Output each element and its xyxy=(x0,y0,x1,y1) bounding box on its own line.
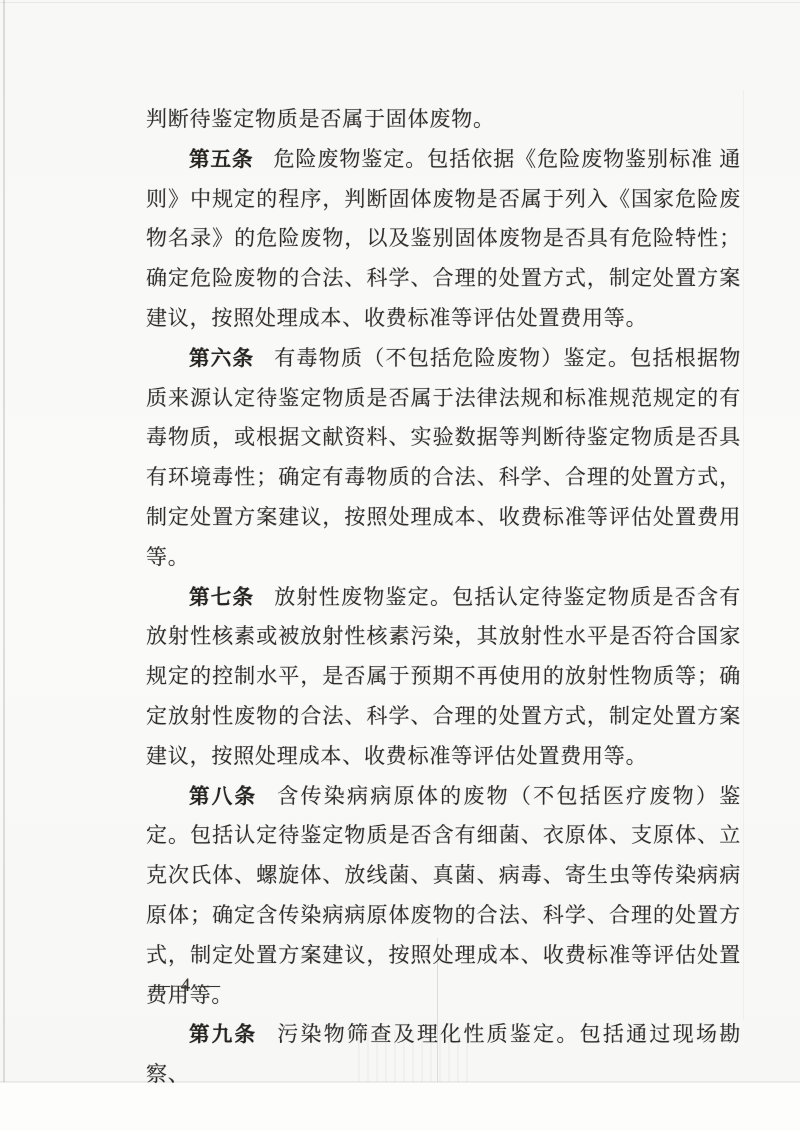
article-body-5: 危险废物鉴定。包括依据《危险废物鉴别标准 通则》中规定的程序，判断固体废物是否属… xyxy=(146,147,741,330)
article-paragraph-5: 第五条危险废物鉴定。包括依据《危险废物鉴别标准 通则》中规定的程序，判断固体废物… xyxy=(146,140,741,339)
article-term-5: 第五条 xyxy=(189,148,273,171)
article-term-7: 第七条 xyxy=(189,586,274,609)
scanned-paper: 判断待鉴定物质是否属于固体废物。 第五条危险废物鉴定。包括依据《危险废物鉴别标准… xyxy=(0,0,800,1082)
article-term-8: 第八条 xyxy=(189,785,277,808)
article-paragraph-6: 第六条有毒物质（不包括危险废物）鉴定。包括根据物质来源认定待鉴定物质是否属于法律… xyxy=(146,339,741,578)
article-body-7: 放射性废物鉴定。包括认定待鉴定物质是否含有放射性核素或被放射性核素污染，其放射性… xyxy=(146,585,741,768)
page-number: — 4 — xyxy=(151,975,223,997)
article-term-6: 第六条 xyxy=(189,347,274,370)
article-body-8: 含传染病病原体的废物（不包括医疗废物）鉴定。包括认定待鉴定物质是否含有细菌、衣原… xyxy=(146,784,741,1007)
paper-top-edge xyxy=(0,2,800,3)
article-paragraph-7: 第七条放射性废物鉴定。包括认定待鉴定物质是否含有放射性核素或被放射性核素污染，其… xyxy=(146,578,741,777)
article-body-6: 有毒物质（不包括危险废物）鉴定。包括根据物质来源认定待鉴定物质是否属于法律法规和… xyxy=(146,346,741,569)
document-text-block: 判断待鉴定物质是否属于固体废物。 第五条危险废物鉴定。包括依据《危险废物鉴别标准… xyxy=(146,100,741,1095)
continuation-paragraph: 判断待鉴定物质是否属于固体废物。 xyxy=(146,100,741,140)
paper-left-edge xyxy=(3,0,5,1082)
article-term-9: 第九条 xyxy=(189,1023,277,1046)
scan-streak xyxy=(743,90,744,1020)
article-paragraph-9: 第九条污染物筛查及理化性质鉴定。包括通过现场勘察、 xyxy=(146,1015,741,1095)
article-paragraph-8: 第八条含传染病病原体的废物（不包括医疗废物）鉴定。包括认定待鉴定物质是否含有细菌… xyxy=(146,777,741,1016)
